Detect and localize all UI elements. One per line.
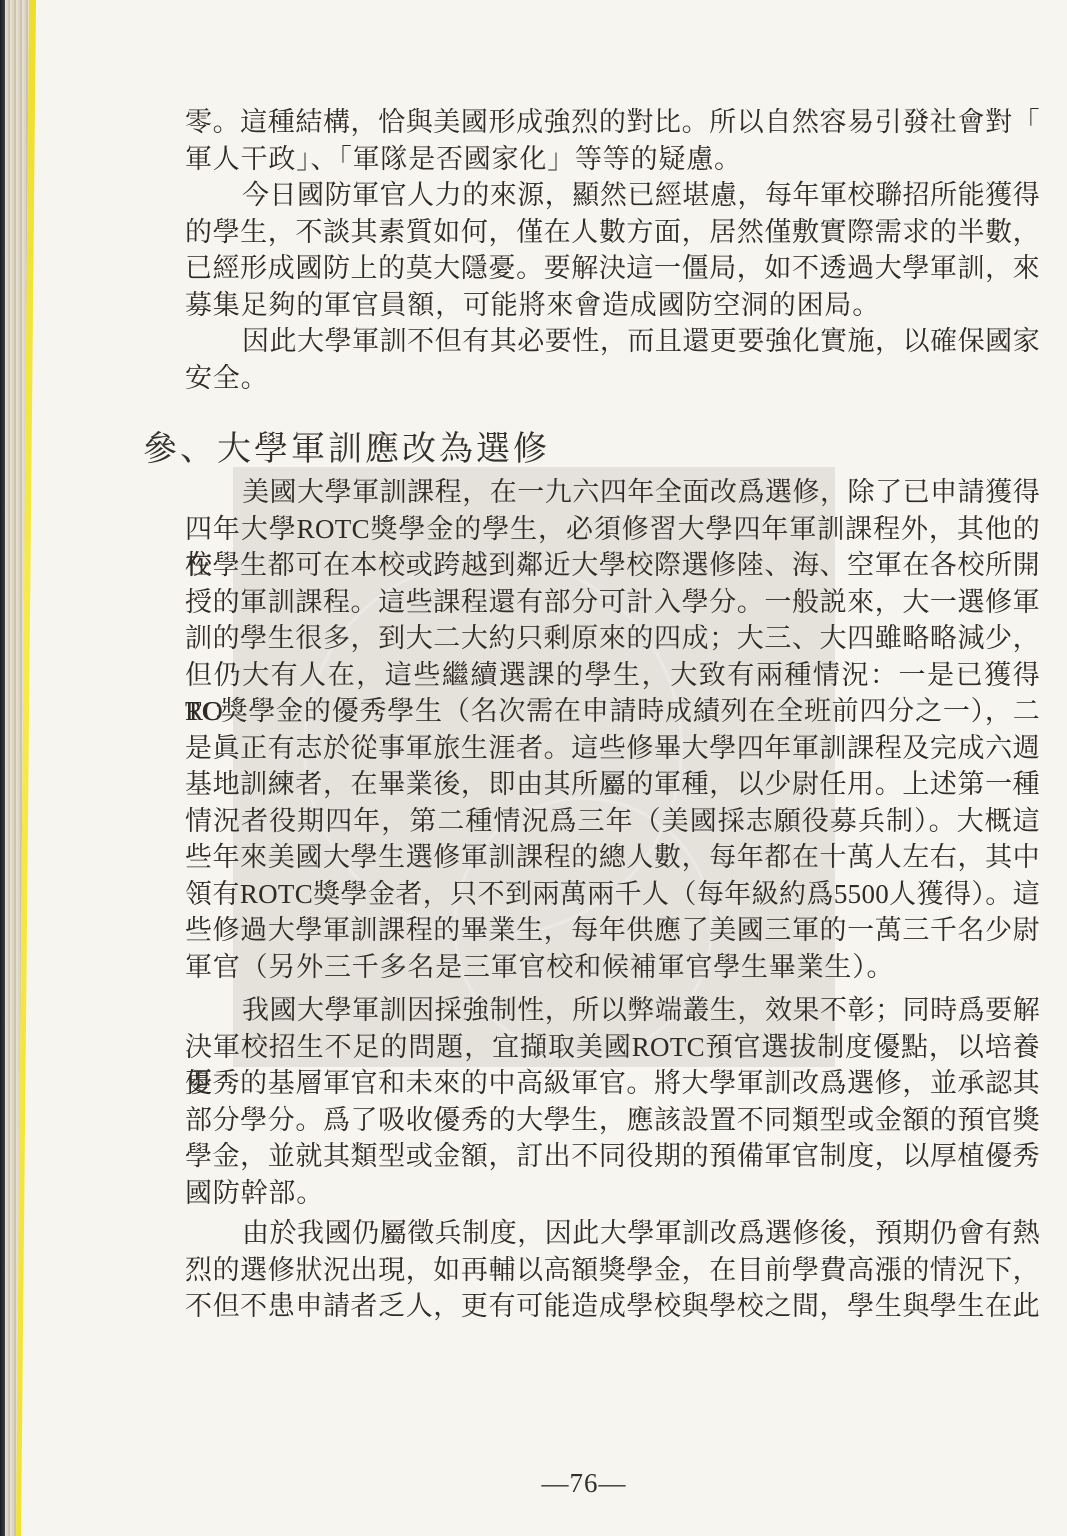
paragraph: 由於我國仍屬徵兵制度，因此大學軍訓改爲選修後，預期仍會有熱烈的選修狀況出現，如再…: [185, 1215, 1040, 1325]
text-line: 軍人干政」、「軍隊是否國家化」等等的疑慮。: [185, 141, 1040, 178]
text-line: 四年大學ROTC獎學金的學生，必須修習大學四年軍訓課程外，其他的在: [185, 511, 1040, 548]
scanned-book-page: { "document": { "heading": "參、大學軍訓應改為選修"…: [0, 0, 1067, 1536]
text-line: 但仍大有人在，這些繼續選課的學生，大致有兩種情況：一是已獲得RO: [185, 657, 1040, 694]
paragraph: 美國大學軍訓課程，在一九六四年全面改爲選修，除了已申請獲得四年大學ROTC獎學金…: [185, 474, 1040, 985]
page-number: —76—: [134, 1468, 1034, 1499]
text-line: 軍官（另外三千多名是三軍官校和候補軍官學生畢業生）。: [185, 949, 1040, 986]
text-line: 安全。: [185, 360, 1040, 397]
text-line: 國防幹部。: [185, 1175, 1040, 1212]
text-line: 已經形成國防上的莫大隱憂。要解決這一僵局，如不透過大學軍訓，來: [185, 250, 1040, 287]
paragraph: 今日國防軍官人力的來源，顯然已經堪慮，每年軍校聯招所能獲得的學生，不談其素質如何…: [185, 177, 1040, 323]
text-line: 訓的學生很多，到大二大約只剩原來的四成；大三、大四雖略略減少，: [185, 620, 1040, 657]
text-line: 優秀的基層軍官和未來的中高級軍官。將大學軍訓改爲選修，並承認其: [185, 1065, 1040, 1102]
text-line: 基地訓練者，在畢業後，即由其所屬的軍種，以少尉任用。上述第一種: [185, 766, 1040, 803]
paragraph: 零。這種結構，恰與美國形成強烈的對比。所以自然容易引發社會對「軍人干政」、「軍隊…: [185, 104, 1040, 177]
text-line: 校學生都可在本校或跨越到鄰近大學校際選修陸、海、空軍在各校所開: [185, 547, 1040, 584]
paragraph: 因此大學軍訓不但有其必要性，而且還更要強化實施，以確保國家安全。: [185, 323, 1040, 396]
text-line: 部分學分。爲了吸收優秀的大學生，應該設置不同類型或金額的預官獎: [185, 1102, 1040, 1139]
text-line: 由於我國仍屬徵兵制度，因此大學軍訓改爲選修後，預期仍會有熱: [185, 1215, 1040, 1252]
text-line: 美國大學軍訓課程，在一九六四年全面改爲選修，除了已申請獲得: [185, 474, 1040, 511]
text-line: TC獎學金的優秀學生（名次需在申請時成績列在全班前四分之一），二: [185, 693, 1040, 730]
text-line: 領有ROTC獎學金者，只不到兩萬兩千人（每年級約爲5500人獲得）。這: [185, 876, 1040, 913]
text-line: 我國大學軍訓因採強制性，所以弊端叢生，效果不彰；同時爲要解: [185, 992, 1040, 1029]
text-line: 零。這種結構，恰與美國形成強烈的對比。所以自然容易引發社會對「: [185, 104, 1040, 141]
text-line: 學金，並就其類型或金額，訂出不同役期的預備軍官制度，以厚植優秀: [185, 1138, 1040, 1175]
text-line: 些修過大學軍訓課程的畢業生，每年供應了美國三軍的一萬三千名少尉: [185, 912, 1040, 949]
text-line: 授的軍訓課程。這些課程還有部分可計入學分。一般説來，大一選修軍: [185, 584, 1040, 621]
text-line: 的學生，不談其素質如何，僅在人數方面，居然僅敷實際需求的半數，: [185, 214, 1040, 251]
section-heading: 參、大學軍訓應改為選修: [143, 421, 550, 470]
text-line: 烈的選修狀況出現，如再輔以高額獎學金，在目前學費高漲的情況下，: [185, 1252, 1040, 1289]
text-line: 今日國防軍官人力的來源，顯然已經堪慮，每年軍校聯招所能獲得: [185, 177, 1040, 214]
text-line: 募集足夠的軍官員額，可能將來會造成國防空洞的困局。: [185, 287, 1040, 324]
text-line: 決軍校招生不足的問題，宜擷取美國ROTC預官選拔制度優點，以培養更: [185, 1029, 1040, 1066]
text-line: 些年來美國大學生選修軍訓課程的總人數，每年都在十萬人左右，其中: [185, 839, 1040, 876]
text-line: 不但不患申請者乏人，更有可能造成學校與學校之間，學生與學生在此: [185, 1288, 1040, 1325]
text-line: 因此大學軍訓不但有其必要性，而且還更要強化實施，以確保國家: [185, 323, 1040, 360]
text-line: 是眞正有志於從事軍旅生涯者。這些修畢大學四年軍訓課程及完成六週: [185, 730, 1040, 767]
text-line: 情況者役期四年，第二種情況爲三年（美國採志願役募兵制）。大概這: [185, 803, 1040, 840]
paragraph: 我國大學軍訓因採強制性，所以弊端叢生，效果不彰；同時爲要解決軍校招生不足的問題，…: [185, 992, 1040, 1211]
